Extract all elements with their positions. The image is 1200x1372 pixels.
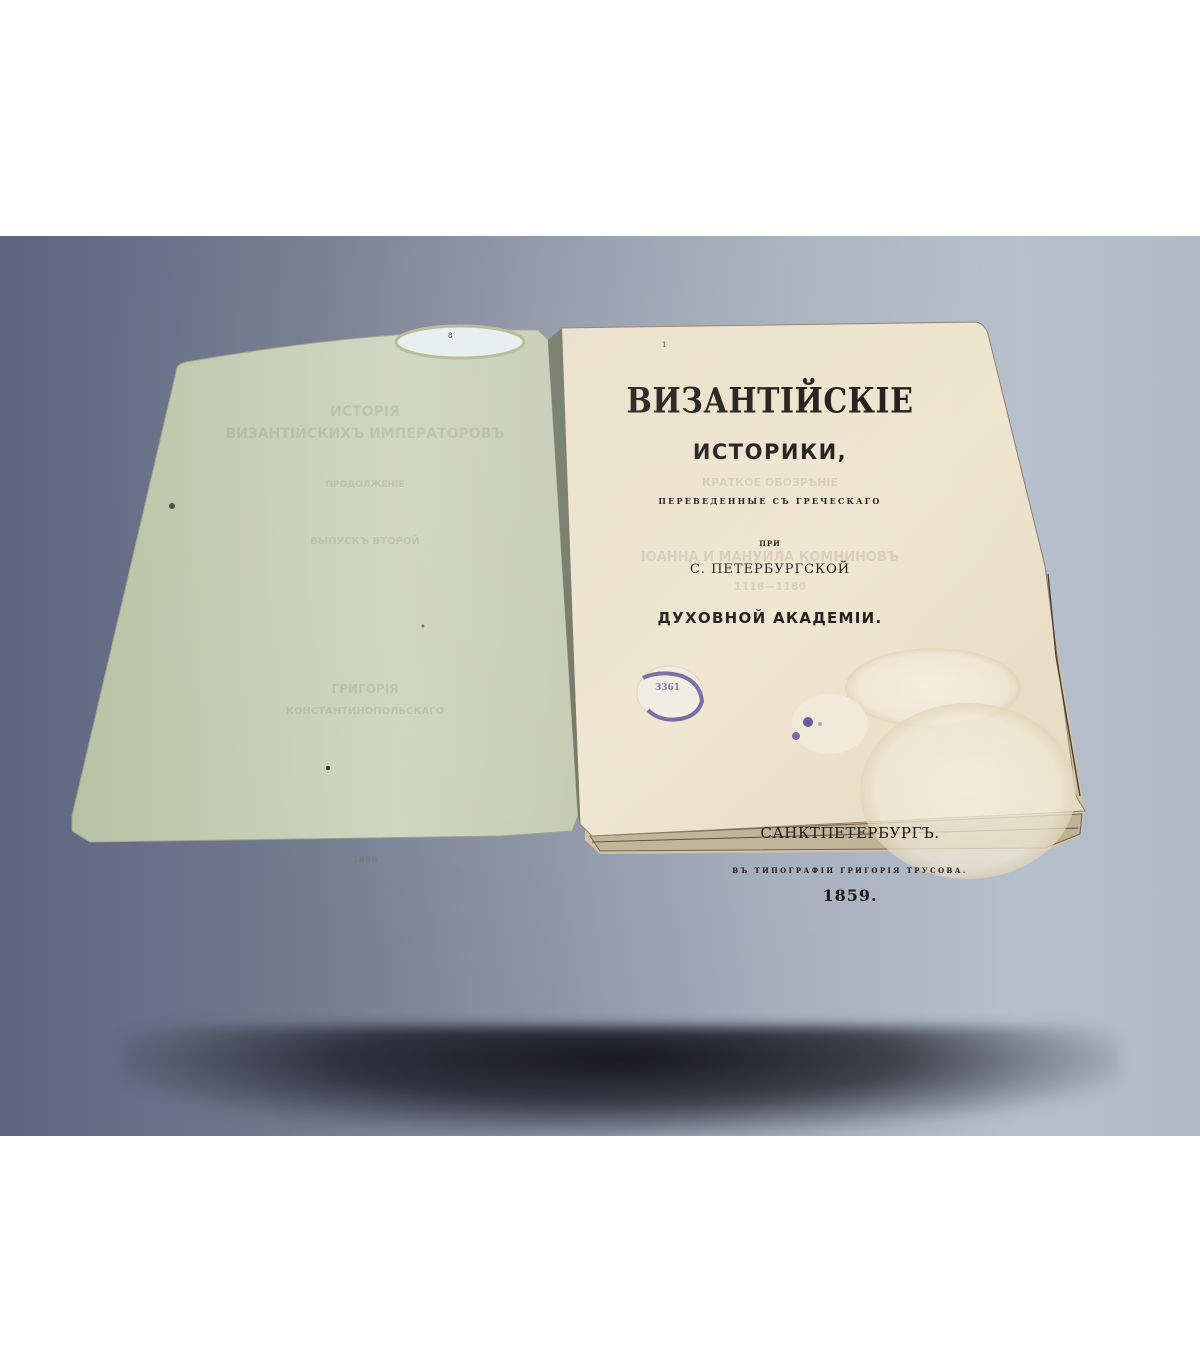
title-line-2: ИСТОРИКИ,: [580, 440, 960, 464]
ghost-line: КРАТКОЕ ОБОЗРѢНІЕ: [580, 476, 960, 489]
institution-line-2: ДУХОВНОЙ АКАДЕМІИ.: [580, 609, 960, 627]
ghost-line: ГРИГОРІЯ: [200, 682, 530, 696]
book-photograph: ИСТОРІЯ ВИЗАНТІЙСКИХЪ ИМПЕРАТОРОВЪ ПРОДО…: [0, 236, 1200, 1136]
institution-line-1: С. ПЕТЕРБУРГСКОЙ: [580, 562, 960, 577]
ghost-line: 1859: [200, 856, 530, 866]
preposition: ПРИ: [580, 539, 960, 548]
page-mark: 1: [662, 341, 666, 349]
imprint-printer: ВЪ ТИПОГРАФІИ ГРИГОРІЯ ТРУСОВА.: [700, 866, 1000, 875]
imprint-year: 1859.: [700, 886, 1000, 905]
ghost-line: 1118—1180: [580, 580, 960, 593]
imprint-city: САНКТПЕТЕРБУРГЪ.: [700, 824, 1000, 842]
open-book: [0, 236, 1200, 1136]
subtitle: ПЕРЕВЕДЕННЫЕ СЪ ГРЕЧЕСКАГО: [580, 496, 960, 506]
ghost-line: ИСТОРІЯ: [200, 404, 530, 420]
ghost-line: КОНСТАНТИНОПОЛЬСКАГО: [200, 706, 530, 717]
ghost-line: ВЫПУСКЪ ВТОРОЙ: [200, 536, 530, 547]
cover-label-mark: 8: [448, 332, 452, 340]
library-stamp-number: 3361: [655, 683, 680, 693]
ghost-line: ПРОДОЛЖЕНІЕ: [200, 480, 530, 490]
title-line-1: ВИЗАНТІЙСКІЕ: [580, 381, 960, 421]
ghost-line: ВИЗАНТІЙСКИХЪ ИМПЕРАТОРОВЪ: [200, 426, 530, 442]
